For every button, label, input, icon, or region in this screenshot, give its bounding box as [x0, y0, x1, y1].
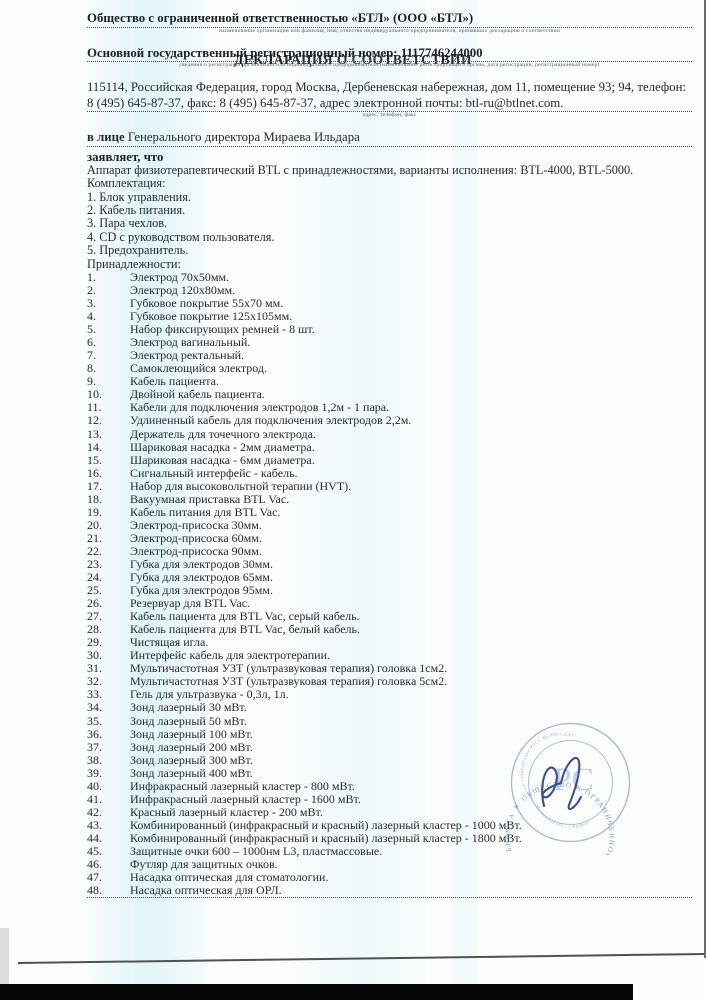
accessory-row: 22. Электрод-присоска 90мм.	[87, 545, 692, 558]
accessory-number: 37.	[87, 741, 130, 754]
registration-caption: сведения о регистрации организации или и…	[87, 62, 692, 69]
scanner-black-band	[0, 984, 633, 1000]
kit-item: 1. Блок управления.	[87, 191, 692, 204]
address-line: 115114, Российская Федерация, город Моск…	[87, 80, 692, 112]
accessory-number: 19.	[87, 506, 130, 519]
accessories-label: Принадлежности:	[87, 258, 692, 271]
accessory-number: 42.	[87, 806, 130, 819]
representative-label: в лице	[87, 130, 125, 144]
accessory-text: Вакуумная приставка BTL Vac.	[130, 493, 692, 506]
scan-edge-shade	[0, 928, 9, 984]
accessory-text: Электрод-присоска 90мм.	[130, 545, 692, 558]
kit-item: 2. Кабель питания.	[87, 204, 692, 217]
accessory-number: 17.	[87, 480, 130, 493]
accessory-row: 16. Сигнальный интерфейс - кабель.	[87, 467, 692, 480]
accessory-number: 15.	[87, 454, 130, 467]
declarant-name: Общество с ограниченной ответственностью…	[87, 11, 692, 28]
accessory-text: Электрод-присоска 60мм.	[130, 532, 692, 545]
kit-section: Комплектация: 1. Блок управления.2. Кабе…	[87, 177, 692, 257]
accessory-number: 48.	[87, 884, 130, 897]
accessory-number: 14.	[87, 441, 130, 454]
registration-block: Основной государственный регистрационный…	[87, 46, 692, 70]
accessory-number: 41.	[87, 793, 130, 806]
accessory-number: 35.	[87, 715, 130, 728]
accessory-text: Сигнальный интерфейс - кабель.	[130, 467, 692, 480]
kit-item: 5. Предохранитель.	[87, 244, 692, 257]
accessory-row: 20. Электрод-присоска 30мм.	[87, 519, 692, 532]
accessory-number: 43.	[87, 819, 130, 832]
accessory-number: 34.	[87, 701, 130, 714]
registration-number: Основной государственный регистрационный…	[87, 46, 692, 63]
accessory-number: 21.	[87, 532, 130, 545]
declarant-block: Общество с ограниченной ответственностью…	[87, 11, 692, 35]
address-block: 115114, Российская Федерация, город Моск…	[87, 80, 692, 119]
accessory-text: Шариковая насадка - 6мм диаметра.	[130, 454, 692, 467]
address-caption: адрес, телефон, факс	[87, 112, 692, 119]
accessory-text: Набор для высоковольтной терапии (HVT).	[130, 480, 692, 493]
representative-line: в лице Генерального директора Мираева Ил…	[87, 130, 692, 147]
page-bottom-edge	[18, 953, 706, 964]
representative-name: Генерального директора Мираева Ильдара	[125, 130, 360, 144]
accessory-row: 21. Электрод-присоска 60мм.	[87, 532, 692, 545]
accessory-text: Шариковая насадка - 2мм диаметра.	[130, 441, 692, 454]
declares-line: заявляет, что	[87, 150, 692, 164]
accessory-number: 40.	[87, 780, 130, 793]
accessory-row: 15. Шариковая насадка - 6мм диаметра.	[87, 454, 692, 467]
scanned-declaration-page: ДЕКЛАРАЦИЯ О СООТВЕТСТВИИ Общество с огр…	[0, 0, 706, 1000]
accessory-text: Кабель питания для BTL Vac.	[130, 506, 692, 519]
accessory-number: 22.	[87, 545, 130, 558]
accessory-number: 39.	[87, 767, 130, 780]
accessory-number: 38.	[87, 754, 130, 767]
company-stamp-seal: ОБЩЕСТВО С ОГРАНИЧЕННОЙ ОТВЕТСТВЕННОСТЬЮ…	[498, 710, 643, 855]
accessory-row: 13. Держатель для точечного электрода.	[87, 428, 692, 441]
accessory-number: 18.	[87, 493, 130, 506]
declarant-caption: наименование организации или фамилия, им…	[87, 28, 692, 35]
accessory-row: 14. Шариковая насадка - 2мм диаметра.	[87, 441, 692, 454]
accessory-number: 16.	[87, 467, 130, 480]
accessory-row: 12. Удлиненный кабель для подключения эл…	[87, 414, 692, 427]
kit-item: 3. Пара чехлов.	[87, 217, 692, 230]
kit-list: 1. Блок управления.2. Кабель питания.3. …	[87, 191, 692, 258]
kit-item: 4. CD с руководством пользователя.	[87, 231, 692, 244]
stamp-city-text: Московская обл., г. Видное	[535, 804, 589, 829]
accessory-text: Удлиненный кабель для подключения электр…	[130, 414, 692, 427]
accessory-number: 20.	[87, 519, 130, 532]
accessory-text: Кабель пациента для BTL Vac, белый кабел…	[130, 623, 692, 636]
accessory-text: Насадка оптическая для ОРЛ.	[130, 884, 692, 897]
accessory-row: 19. Кабель питания для BTL Vac.	[87, 506, 692, 519]
accessory-row: 48. Насадка оптическая для ОРЛ.	[87, 884, 692, 897]
product-line: Аппарат физиотерапевтический BTL с прина…	[87, 164, 692, 178]
accessory-row: 17. Набор для высоковольтной терапии (HV…	[87, 480, 692, 493]
accessory-text: Электрод-присоска 30мм.	[130, 519, 692, 532]
accessory-row: 18. Вакуумная приставка BTL Vac.	[87, 493, 692, 506]
kit-label: Комплектация:	[87, 177, 692, 190]
accessory-number: 36.	[87, 728, 130, 741]
accessory-number: 13.	[87, 428, 130, 441]
accessory-number: 12.	[87, 414, 130, 427]
accessory-text: Держатель для точечного электрода.	[130, 428, 692, 441]
